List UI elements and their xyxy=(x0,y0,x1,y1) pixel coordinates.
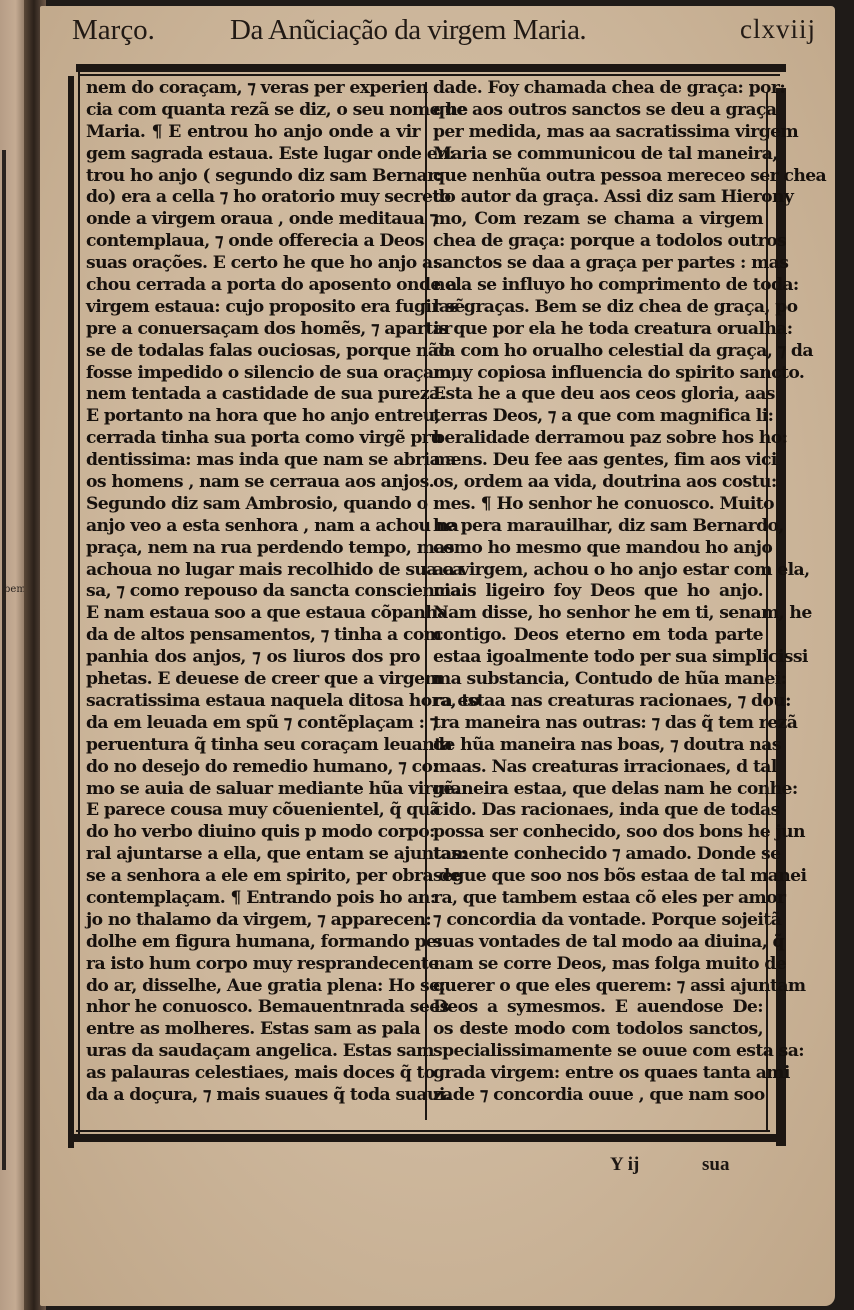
text-line: cerrada tinha sua porta como virgẽ pru xyxy=(86,428,420,450)
text-line: sanctos se daa a graça per partes : mas xyxy=(433,253,763,275)
text-line: chea de graça: porque a todolos outros xyxy=(433,231,763,253)
facing-page-edge: bem xyxy=(0,0,26,1310)
text-line: ral ajuntarse a ella, que entam se ajunt… xyxy=(86,844,420,866)
text-line: mo, Com rezam se chama a virgem xyxy=(433,209,763,231)
text-line: beralidade derramou paz sobre hos ho: xyxy=(433,428,763,450)
text-line: dentissima: mas inda que nam se abria a xyxy=(86,450,420,472)
text-line: terras Deos, ⁊ a que com magnifica li: xyxy=(433,406,763,428)
text-line: os deste modo com todolos sanctos, xyxy=(433,1019,763,1041)
text-line: nhor he conuosco. Bemauentnrada sees xyxy=(86,997,420,1019)
text-line: mens. Deu fee aas gentes, fim aos vici xyxy=(433,450,763,472)
text-line: praça, nem na rua perdendo tempo, mas xyxy=(86,538,420,560)
text-line: do no desejo do remedio humano, ⁊ co: xyxy=(86,757,420,779)
text-line: possa ser conhecido, soo dos bons he jun xyxy=(433,822,763,844)
folio-number: clxviij xyxy=(740,14,816,45)
text-line: virgem estaua: cujo proposito era fugir … xyxy=(86,297,420,319)
text-line: he pera marauilhar, diz sam Bernardo, xyxy=(433,516,763,538)
text-line: querer o que eles querem: ⁊ assi ajuntam xyxy=(433,976,763,998)
text-line: Maria se communicou de tal maneira, xyxy=(433,144,763,166)
text-line: E portanto na hora que ho anjo entreu, xyxy=(86,406,420,428)
text-line: estaa igoalmente todo per sua simpliciss… xyxy=(433,647,763,669)
text-line: de hũa maneira nas boas, ⁊ doutra nas xyxy=(433,735,763,757)
text-line: peruentura q̃ tinha seu coraçam leuanta xyxy=(86,735,420,757)
text-line: per medida, mas aa sacratissima virgem xyxy=(433,122,763,144)
text-line: dolhe em figura humana, formando pe: xyxy=(86,932,420,954)
frame-top-inner-rule xyxy=(80,74,780,76)
text-line: do autor da graça. Assi diz sam Hierony xyxy=(433,187,763,209)
text-line: fosse impedido o silencio de sua oraçam, xyxy=(86,363,420,385)
facing-page-fragment: bem xyxy=(4,584,26,595)
text-line: gem sagrada estaua. Este lugar onde en: xyxy=(86,144,420,166)
text-line: maas. Nas creaturas irracionaes, d tal xyxy=(433,757,763,779)
text-line: Esta he a que deu aos ceos gloria, aas xyxy=(433,384,763,406)
text-line: do) era a cella ⁊ ho oratorio muy secret… xyxy=(86,187,420,209)
text-line: specialissimamente se ouue com esta sa: xyxy=(433,1041,763,1063)
text-line: da de altos pensamentos, ⁊ tinha a com xyxy=(86,625,420,647)
text-line: E nam estaua soo a que estaua cõpanha xyxy=(86,603,420,625)
text-column-left: nem do coraçam, ⁊ veras per experiencia … xyxy=(86,78,420,1107)
running-head-month: Março. xyxy=(72,14,155,47)
frame-top-rule xyxy=(76,64,786,72)
text-line: sa, ⁊ como repouso da sancta consciencia… xyxy=(86,581,420,603)
text-line: nem tentada a castidade de sua pureza. xyxy=(86,384,420,406)
running-head: Março. Da Anũciação da virgem Maria. clx… xyxy=(40,10,835,50)
text-line: jo no thalamo da virgem, ⁊ apparecen: xyxy=(86,910,420,932)
text-line: zade ⁊ concordia ouue , que nam soo xyxy=(433,1085,763,1107)
text-line: tra maneira nas outras: ⁊ das q̃ tem rez… xyxy=(433,713,763,735)
text-line: tamente conhecido ⁊ amado. Donde se xyxy=(433,844,763,866)
text-line: da a doçura, ⁊ mais suaues q̃ toda suaui… xyxy=(86,1085,420,1107)
text-line: do ho verbo diuino quis p modo corpo: xyxy=(86,822,420,844)
running-head-title: Da Anũciação da virgem Maria. xyxy=(230,14,586,47)
frame-bottom-inner-rule xyxy=(76,1130,770,1132)
text-line: ⁊ concordia da vontade. Porque sojeitã xyxy=(433,910,763,932)
text-line: do ar, disselhe, Aue gratia plena: Ho se… xyxy=(86,976,420,998)
text-line: trou ho anjo ( segundo diz sam Bernar: xyxy=(86,166,420,188)
text-line: anjo veo a esta senhora , nam a achou na xyxy=(86,516,420,538)
text-line: se de todalas falas ouciosas, porque não xyxy=(86,341,420,363)
text-column-right: dade. Foy chamada chea de graça: por:que… xyxy=(433,78,763,1107)
text-line: cido. Das racionaes, inda que de todas xyxy=(433,800,763,822)
text-line: maneira estaa, que delas nam he conhe: xyxy=(433,779,763,801)
book-page: Março. Da Anũciação da virgem Maria. clx… xyxy=(40,6,835,1306)
text-line: sacratissima estaua naquela ditosa hora,… xyxy=(86,691,420,713)
text-line: entre as molheres. Estas sam as pala xyxy=(86,1019,420,1041)
text-line: da em leuada em spũ ⁊ contẽplaçam : ⁊ xyxy=(86,713,420,735)
text-line: Maria. ¶ E entrou ho anjo onde a vir xyxy=(86,122,420,144)
text-line: nem do coraçam, ⁊ veras per experien xyxy=(86,78,420,100)
text-line: mes. ¶ Ho senhor he conuosco. Muito xyxy=(433,494,763,516)
text-line: mais ligeiro foy Deos que ho anjo. xyxy=(433,581,763,603)
text-line: os homens , nam se cerraua aos anjos. xyxy=(86,472,420,494)
text-line: Segundo diz sam Ambrosio, quando o xyxy=(86,494,420,516)
text-line: ra estaa nas creaturas racionaes, ⁊ dou: xyxy=(433,691,763,713)
text-line: segue que soo nos bõs estaa de tal manei xyxy=(433,866,763,888)
text-line: suas vontades de tal modo aa diuina, q̃ xyxy=(433,932,763,954)
text-line: contigo. Deos eterno em toda parte xyxy=(433,625,763,647)
text-line: que nenhũa outra pessoa mereceo ser chea xyxy=(433,166,763,188)
text-line: nela se influyo ho comprimento de toda: xyxy=(433,275,763,297)
text-line: E parece cousa muy cõuenientel, q̃ quã xyxy=(86,800,420,822)
text-line: onde a virgem oraua , onde meditaua ⁊ xyxy=(86,209,420,231)
text-line: que aos outros sanctos se deu a graça xyxy=(433,100,763,122)
text-line: grada virgem: entre os quaes tanta ami xyxy=(433,1063,763,1085)
frame-bottom-rule xyxy=(72,1134,782,1142)
text-line: chou cerrada a porta do aposento onde a xyxy=(86,275,420,297)
text-line: mo se auia de saluar mediante hũa virgẽ. xyxy=(86,779,420,801)
text-line: uras da saudaçam angelica. Estas sam xyxy=(86,1041,420,1063)
text-line: ra, que tambem estaa cõ eles per amor xyxy=(433,888,763,910)
text-line: muy copiosa influencia do spirito sancto… xyxy=(433,363,763,385)
text-line: dade. Foy chamada chea de graça: por: xyxy=(433,78,763,100)
text-line: ra isto hum corpo muy resprandecente xyxy=(86,954,420,976)
text-line: pre a conuersaçam dos homẽs, ⁊ apartar xyxy=(86,319,420,341)
text-line: las graças. Bem se diz chea de graça, po xyxy=(433,297,763,319)
text-line: Deos a symesmos. E auendose De: xyxy=(433,997,763,1019)
text-line: suas orações. E certo he que ho anjo a: xyxy=(86,253,420,275)
catchword: sua xyxy=(702,1154,729,1176)
text-line: contemplaua, ⁊ onde offerecia a Deos xyxy=(86,231,420,253)
text-line: aa virgem, achou o ho anjo estar com ela… xyxy=(433,560,763,582)
text-line: is que por ela he toda creatura orualha: xyxy=(433,319,763,341)
text-line: como ho mesmo que mandou ho anjo xyxy=(433,538,763,560)
text-line: achoua no lugar mais recolhido de sua ca xyxy=(86,560,420,582)
facing-page-rule xyxy=(2,150,6,1170)
signature-mark: Y ij xyxy=(610,1154,639,1176)
text-line: se a senhora a ele em spirito, per obra … xyxy=(86,866,420,888)
text-line: panhia dos anjos, ⁊ os liuros dos pro xyxy=(86,647,420,669)
text-line: ma substancia, Contudo de hũa manei: xyxy=(433,669,763,691)
text-line: nam se corre Deos, mas folga muito de xyxy=(433,954,763,976)
frame-left-inner-rule xyxy=(78,72,80,1134)
text-line: contemplaçam. ¶ Entrando pois ho an: xyxy=(86,888,420,910)
text-line: da com ho orualho celestial da graça, ⁊ … xyxy=(433,341,763,363)
text-line: cia com quanta rezã se diz, o seu nome h… xyxy=(86,100,420,122)
frame-left-rule xyxy=(68,76,74,1148)
text-line: phetas. E deuese de creer que a virgem xyxy=(86,669,420,691)
text-line: os, ordem aa vida, doutrina aos costu: xyxy=(433,472,763,494)
text-line: Nam disse, ho senhor he em ti, senam, he xyxy=(433,603,763,625)
text-line: as palauras celestiaes, mais doces q̃ to xyxy=(86,1063,420,1085)
